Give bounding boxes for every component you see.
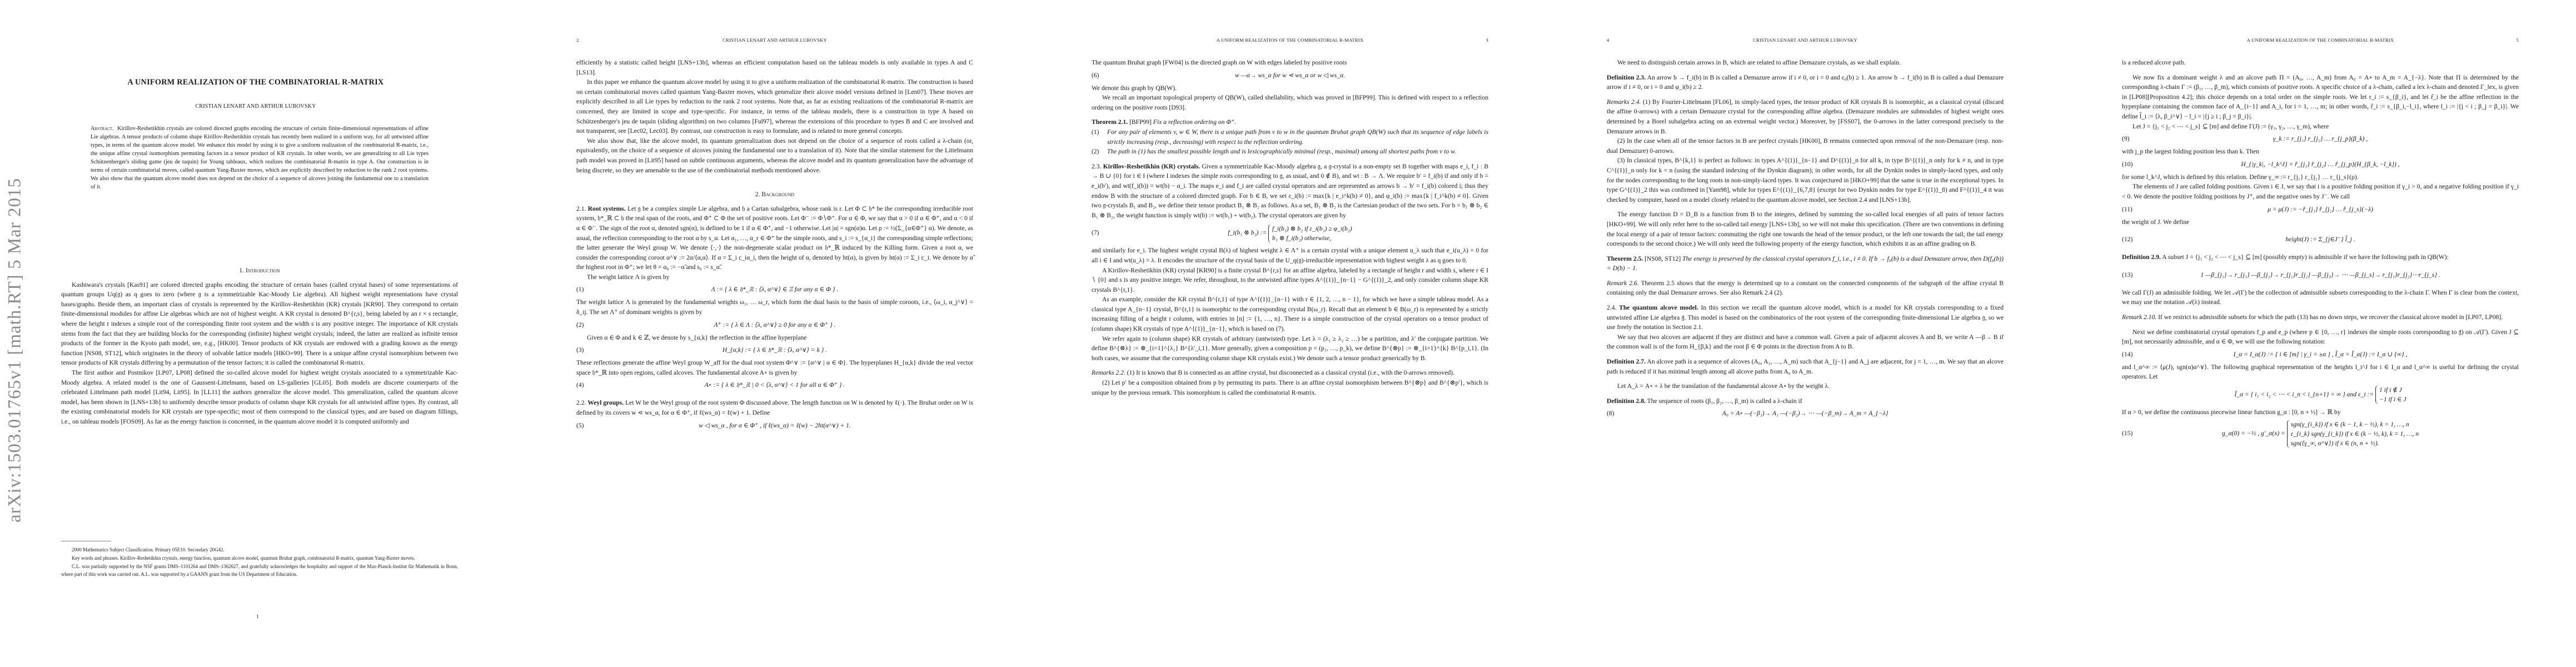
subsection-title: Root systems. bbox=[588, 205, 626, 212]
equation-15: (15) g_α(0) = −½ , g′_α(x) = sgn(γ_{i_k}… bbox=[2122, 417, 2519, 450]
remark-label: Remark 2.10. bbox=[2122, 313, 2156, 321]
definition-2-9: Definition 2.9. A subset J = {j₁ < j₂ < … bbox=[2122, 252, 2519, 262]
footnote-keywords: Key words and phrases. Kirillov-Reshetik… bbox=[61, 554, 458, 563]
remark-2-10: Remark 2.10. If we restrict to admissibl… bbox=[2122, 312, 2519, 322]
definition-label: Definition 2.9. bbox=[2122, 253, 2161, 261]
paragraph: for some l_k^J, which is defined by this… bbox=[2122, 172, 2519, 182]
paragraph: In this paper we enhance the quantum alc… bbox=[576, 77, 973, 136]
page-5: A UNIFORM REALIZATION OF THE COMBINATORI… bbox=[2061, 0, 2576, 667]
subsection-kr-crystals: 2.3. Kirillov-Reshetikhin (KR) crystals.… bbox=[1092, 162, 1488, 221]
paper-title: A UNIFORM REALIZATION OF THE COMBINATORI… bbox=[33, 78, 478, 87]
subsection-title: The quantum alcove model. bbox=[1619, 304, 1698, 311]
page-body: is a reduced alcove path. We now fix a d… bbox=[2122, 58, 2519, 450]
page-number: 5 bbox=[2517, 37, 2519, 43]
page-number: 3 bbox=[1486, 37, 1489, 43]
remark-label: Remarks 2.4. bbox=[1607, 98, 1641, 106]
cases-brace: 1 if i ∉ J −1 if i ∈ J bbox=[2375, 385, 2406, 404]
theorem-item: (2)The path in (1) has the smallest poss… bbox=[1107, 147, 1488, 157]
paragraph: The energy function D = D_B is a functio… bbox=[1607, 210, 2004, 248]
subsection-quantum-alcove-model: 2.4. The quantum alcove model. In this s… bbox=[1607, 303, 2004, 332]
equation-1: (1)Λ := { λ ∈ 𝔥*_ℝ : ⟨λ, α^∨⟩ ∈ ℤ for an… bbox=[576, 282, 973, 297]
definition-2-7: Definition 2.7. An alcove path is a sequ… bbox=[1607, 357, 2004, 376]
subsection-title: Kirillov-Reshetikhin (KR) crystals. bbox=[1103, 163, 1200, 170]
abstract: Abstract. Kirillov-Reshetikhin crystals … bbox=[91, 125, 428, 191]
paragraph: and l_α^∞ := ⟨μ(J), sgn(α)α^∨⟩. The foll… bbox=[2122, 362, 2519, 382]
cases-brace: f_i(b₁) ⊗ b₂ if ε_i(b₁) ≥ φ_i(b₂) b₁ ⊗ f… bbox=[1268, 224, 1352, 243]
equation-9: (9)γ_k := r_{j₁} r_{j₂} … r_{j_p}(β_k) , bbox=[2122, 131, 2519, 147]
equation-8: (8)A₀ = A∘ —(−β₁)→ A₁ —(−β₂)→ ⋯ —(−β_m)→… bbox=[1607, 406, 2004, 421]
equation-epsilon: Î_α = { i₁ < i₂ < ⋯ < i_n < i_{n+1} = ∞ … bbox=[2122, 382, 2519, 407]
footnote-rule bbox=[61, 541, 111, 541]
paragraph: is a reduced alcove path. bbox=[2122, 58, 2519, 68]
paragraph: The first author and Postnikov [LP07, LP… bbox=[61, 368, 458, 427]
paragraph: the weight of J. We define bbox=[2122, 217, 2519, 227]
paragraph: The quantum Bruhat graph [FW04] is the d… bbox=[1092, 58, 1488, 68]
definition-label: Definition 2.8. bbox=[1607, 397, 1646, 405]
running-head: 2 CRISTIAN LENART AND ARTHUR LUBOVSKY bbox=[576, 37, 973, 46]
theorem-item: (1)For any pair of elements v, w ∈ W, th… bbox=[1107, 127, 1488, 147]
definition-2-3: Definition 2.3. An arrow b → f_i(b) in B… bbox=[1607, 73, 2004, 92]
section-heading: 2. Background bbox=[576, 190, 973, 200]
running-head-title: CRISTIAN LENART AND ARTHUR LUBOVSKY bbox=[576, 37, 973, 43]
paragraph: Kashiwara's crystals [Kas91] are colored… bbox=[61, 280, 458, 368]
definition-label: Definition 2.3. bbox=[1607, 74, 1646, 81]
footnotes: 2000 Mathematics Subject Classification.… bbox=[61, 546, 458, 579]
page-3: A UNIFORM REALIZATION OF THE COMBINATORI… bbox=[1030, 0, 1546, 667]
paragraph: (3) In classical types, B^{k,1} is perfe… bbox=[1607, 156, 2004, 205]
page-body: The quantum Bruhat graph [FW04] is the d… bbox=[1092, 58, 1488, 397]
running-head-title: A UNIFORM REALIZATION OF THE COMBINATORI… bbox=[1092, 37, 1488, 43]
paragraph: These reflections generate the affine We… bbox=[576, 358, 973, 377]
theorem-2-5: Theorem 2.5. [NS08, ST12] The energy is … bbox=[1607, 254, 2004, 273]
theorem-label: Theorem 2.1. bbox=[1092, 118, 1128, 126]
definition-2-8: Definition 2.8. The sequence of roots (β… bbox=[1607, 396, 2004, 406]
theorem-label: Theorem 2.5. bbox=[1607, 255, 1643, 262]
remarks-2-4: Remarks 2.4. (1) By Fourier-Littelmann [… bbox=[1607, 97, 2004, 136]
paper-authors: CRISTIAN LENART AND ARTHUR LUBOVSKY bbox=[33, 103, 478, 109]
remark-label: Remark 2.6. bbox=[1607, 280, 1639, 287]
equation-5: (5)w ◁ ws_α , for α ∈ Φ⁺ , if ℓ(ws_α) = … bbox=[576, 418, 973, 434]
paragraph: We recall an important topological prope… bbox=[1092, 93, 1488, 112]
equation-7: (7) f_i(b₁ ⊗ b₂) := f_i(b₁) ⊗ b₂ if ε_i(… bbox=[1092, 220, 1488, 246]
paragraph: We denote this graph by QB(W). bbox=[1092, 83, 1488, 93]
paragraph: The weight lattice Λ is given by bbox=[576, 272, 973, 282]
paragraph: The weight lattice Λ is generated by the… bbox=[576, 297, 973, 317]
paragraph: We say that two alcoves are adjacent if … bbox=[1607, 332, 2004, 352]
paragraph: We need to distinguish certain arrows in… bbox=[1607, 58, 2004, 68]
footnote-funding: C.L. was partially supported by the NSF … bbox=[61, 563, 458, 579]
paragraph: and similarly for e_i. The highest weigh… bbox=[1092, 246, 1488, 265]
remark-2-6: Remark 2.6. Theorem 2.5 shows that the e… bbox=[1607, 278, 2004, 298]
paragraph: Let A_λ = A∘ + λ be the translation of t… bbox=[1607, 381, 2004, 391]
paragraph: We now fix a dominant weight λ and an al… bbox=[2122, 73, 2519, 122]
equation-2: (2)Λ⁺ := { λ ∈ Λ : ⟨λ, α^∨⟩ ≥ 0 for any … bbox=[576, 317, 973, 333]
page-1: arXiv:1503.01765v1 [math.RT] 5 Mar 2015 … bbox=[0, 0, 515, 667]
paragraph: If α > 0, we define the continuous piece… bbox=[2122, 407, 2519, 417]
paragraph: efficiently by a statistic called height… bbox=[576, 58, 973, 77]
paragraph: We call Γ(J) an admissible folding. We l… bbox=[2122, 288, 2519, 307]
arxiv-stamp: arXiv:1503.01765v1 [math.RT] 5 Mar 2015 bbox=[3, 100, 27, 600]
equation-12: (12)height(J) := Σ_{j∈J⁻} l̃_j . bbox=[2122, 227, 2519, 252]
page-body: efficiently by a statistic called height… bbox=[576, 58, 973, 434]
page-number: 1 bbox=[0, 614, 515, 620]
page-4: 4 CRISTIAN LENART AND ARTHUR LUBOVSKY We… bbox=[1546, 0, 2061, 667]
running-head: A UNIFORM REALIZATION OF THE COMBINATORI… bbox=[2122, 37, 2519, 46]
cases-brace: sgn(γ_{i_k}) if x ∈ (k − 1, k − ½), k = … bbox=[2287, 420, 2419, 448]
section-heading: 1. Introduction bbox=[61, 266, 458, 276]
running-head: A UNIFORM REALIZATION OF THE COMBINATORI… bbox=[1092, 37, 1488, 46]
subsection-title: Weyl groups. bbox=[587, 399, 624, 406]
page-2: 2 CRISTIAN LENART AND ARTHUR LUBOVSKY ef… bbox=[515, 0, 1030, 667]
paragraph: The elements of J are called folding pos… bbox=[2122, 182, 2519, 201]
equation-11: (11)μ = μ(J) := −r̂_{j₁} r̂_{j₂} … r̂_{j… bbox=[2122, 202, 2519, 217]
theorem-items: (1)For any pair of elements v, w ∈ W, th… bbox=[1092, 127, 1488, 157]
paragraph: As an example, consider the KR crystal B… bbox=[1092, 295, 1488, 333]
remark-label: Remarks 2.2. bbox=[1092, 369, 1125, 376]
definition-label: Definition 2.7. bbox=[1607, 358, 1646, 365]
subsection-root-systems: 2.1. Root systems. Let 𝔤 be a complex si… bbox=[576, 204, 973, 272]
page-body: We need to distinguish certain arrows in… bbox=[1607, 58, 2004, 421]
paragraph: A Kirillov-Reshetikhin (KR) crystal [KR9… bbox=[1092, 266, 1488, 295]
subsection-weyl-groups: 2.2. Weyl groups. Let W be the Weyl grou… bbox=[576, 398, 973, 417]
abstract-label: Abstract. bbox=[91, 126, 114, 132]
equation-4: (4)A∘ := { λ ∈ 𝔥*_ℝ | 0 < ⟨λ, α^∨⟩ < 1 f… bbox=[576, 377, 973, 393]
running-head-title: CRISTIAN LENART AND ARTHUR LUBOVSKY bbox=[1607, 37, 2004, 43]
equation-14: (14)I_α = I_α(J) := { i ∈ [m] | γ_i = ±α… bbox=[2122, 347, 2519, 362]
equation-6: (6)w —α→ ws_α for w ⋖ ws_α or w ◁ ws_α. bbox=[1092, 68, 1488, 83]
paragraph: with j_p the largest folding position le… bbox=[2122, 147, 2519, 157]
remarks-2-2: Remarks 2.2. (1) It is known that B is c… bbox=[1092, 368, 1488, 378]
paragraph: (2) In the case when all of the tensor f… bbox=[1607, 136, 2004, 156]
paragraph: (2) Let p′ be a composition obtained fro… bbox=[1092, 378, 1488, 397]
paragraph: We also show that, like the alcove model… bbox=[576, 136, 973, 175]
introduction-section: 1. Introduction Kashiwara's crystals [Ka… bbox=[61, 266, 458, 427]
paragraph: Given α ∈ Φ and k ∈ ℤ, we denote by s_{α… bbox=[576, 333, 973, 343]
paragraph: Let J = {j₁ < j₂ < ⋯ < j_s} ⊆ [m] and de… bbox=[2122, 122, 2519, 132]
abstract-text: Kirillov-Reshetikhin crystals are colore… bbox=[91, 126, 428, 190]
equation-10: (10)H_{|γ_k|, −l_k^J} = r̂_{j₁} r̂_{j₂} … bbox=[2122, 157, 2519, 172]
equation-13: (13)1 —β_{j₁}→ r_{j₁} —β_{j₂}→ r_{j₁}r_{… bbox=[2122, 262, 2519, 288]
theorem-2-1: Theorem 2.1. [BFP99] Fix a reflection or… bbox=[1092, 117, 1488, 127]
footnote-msc: 2000 Mathematics Subject Classification.… bbox=[61, 546, 458, 554]
paragraph: We refer again to (column shape) KR crys… bbox=[1092, 334, 1488, 364]
equation-3: (3)H_{α,k} := { λ ∈ 𝔥*_ℝ : ⟨λ, α^∨⟩ = k … bbox=[576, 342, 973, 358]
running-head-title: A UNIFORM REALIZATION OF THE COMBINATORI… bbox=[2122, 37, 2519, 43]
running-head: 4 CRISTIAN LENART AND ARTHUR LUBOVSKY bbox=[1607, 37, 2004, 46]
paragraph: Next we define combinatorial crystal ope… bbox=[2122, 327, 2519, 347]
